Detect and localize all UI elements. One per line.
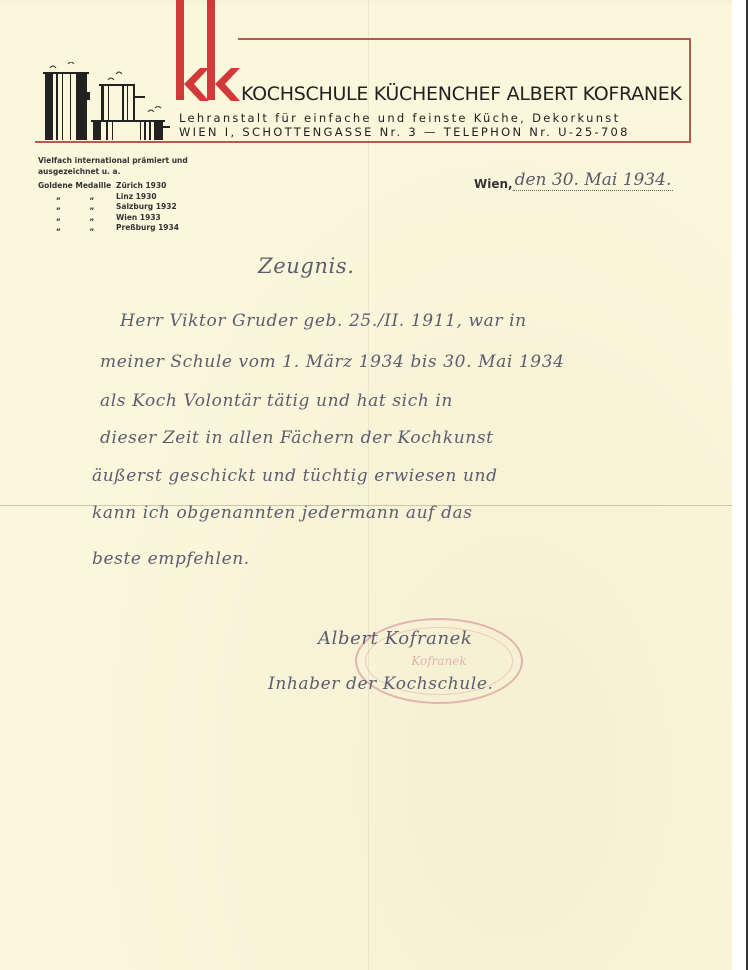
awards-intro: Vielfach international prämiert und ausg…: [38, 156, 198, 177]
scan-edge-line: [746, 0, 748, 970]
letterhead-top-rule: [238, 38, 691, 40]
award-item: „ „ Preßburg 1934: [38, 223, 198, 234]
letter-line: dieser Zeit in allen Fächern der Kochkun…: [100, 428, 494, 448]
letter-line: beste empfehlen.: [92, 549, 250, 569]
school-address: WIEN I, SCHOTTENGASSE Nr. 3 — TELEPHON N…: [179, 125, 630, 139]
letterhead-right-rule: [689, 38, 691, 142]
handwritten-date: den 30. Mai 1934.: [513, 170, 674, 191]
signature-title: Inhaber der Kochschule.: [268, 674, 494, 694]
award-item: „ „ Salzburg 1932: [38, 202, 198, 213]
awards-list: Vielfach international prämiert und ausg…: [38, 156, 198, 234]
letter-line: kann ich obgenannten jedermann auf das: [92, 503, 473, 523]
signature: Albert Kofranek: [318, 628, 472, 649]
award-item: „ „ Wien 1933: [38, 213, 198, 224]
school-tagline: Lehranstalt für einfache und feinste Küc…: [179, 111, 620, 125]
letter-line: meiner Schule vom 1. März 1934 bis 30. M…: [100, 352, 565, 372]
date-place-label: Wien,: [474, 177, 513, 191]
letter-line: äußerst geschickt und tüchtig erwiesen u…: [92, 466, 498, 486]
award-item: Goldene Medaille Zürich 1930: [38, 181, 198, 192]
award-item: „ „ Linz 1930: [38, 192, 198, 203]
letter-line: als Koch Volontär tätig und hat sich in: [100, 391, 453, 411]
letter-title: Zeugnis.: [258, 254, 354, 278]
cooking-pots-illustration: [40, 62, 170, 142]
letter-line: Herr Viktor Gruder geb. 25./II. 1911, wa…: [120, 311, 527, 331]
date-line: Wien,den 30. Mai 1934.: [474, 173, 673, 194]
school-name: KOCHSCHULE KÜCHENCHEF ALBERT KOFRANEK: [241, 83, 682, 105]
